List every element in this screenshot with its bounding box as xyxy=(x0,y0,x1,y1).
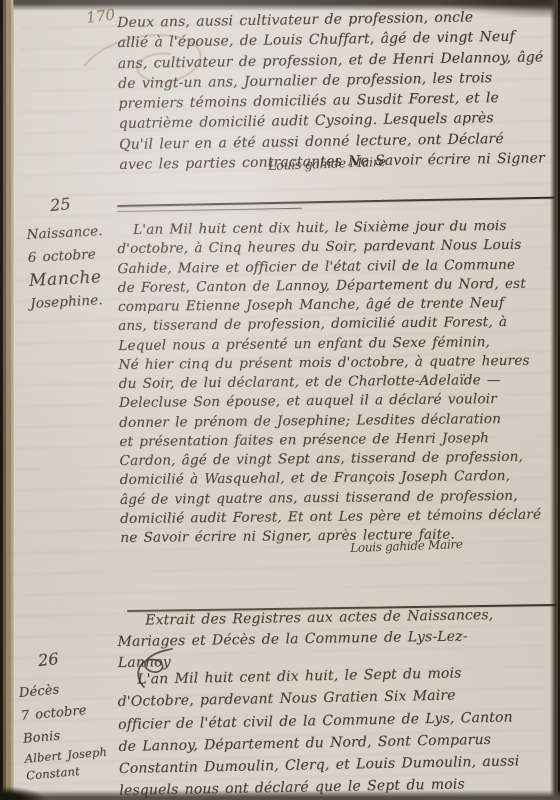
act-number-26: 26 xyxy=(37,649,60,670)
margin-note-line: Josephine. xyxy=(30,289,107,316)
book-binding-edge xyxy=(0,0,17,800)
birth-act-text: L'an Mil huit cent dix huit, le Sixième … xyxy=(117,216,558,548)
mayor-signature: Louis gahide Maire xyxy=(350,537,463,555)
death-act-text: L'an Mil huit cent dix huit, le Sept du … xyxy=(117,661,560,800)
previous-act-text: Deux ans, aussi cultivateur de professio… xyxy=(117,6,557,175)
manuscript-scan: 170 Deux ans, aussi cultivateur de profe… xyxy=(0,0,560,800)
act-number-25: 25 xyxy=(49,194,72,215)
act-separator-line-secondary xyxy=(117,208,302,213)
birth-margin-note: Naissance.6 octobreMancheJosephine. xyxy=(26,220,107,316)
manuscript-line: ne Savoir écrire ni Signer, après lectur… xyxy=(120,524,558,548)
page-number: 170 xyxy=(85,5,116,26)
death-margin-note: Décès7 octobreBonisAlbert JosephConstant xyxy=(18,675,109,785)
act-separator-line xyxy=(117,197,555,207)
page-bottom-left-corner-shadow xyxy=(0,786,46,800)
